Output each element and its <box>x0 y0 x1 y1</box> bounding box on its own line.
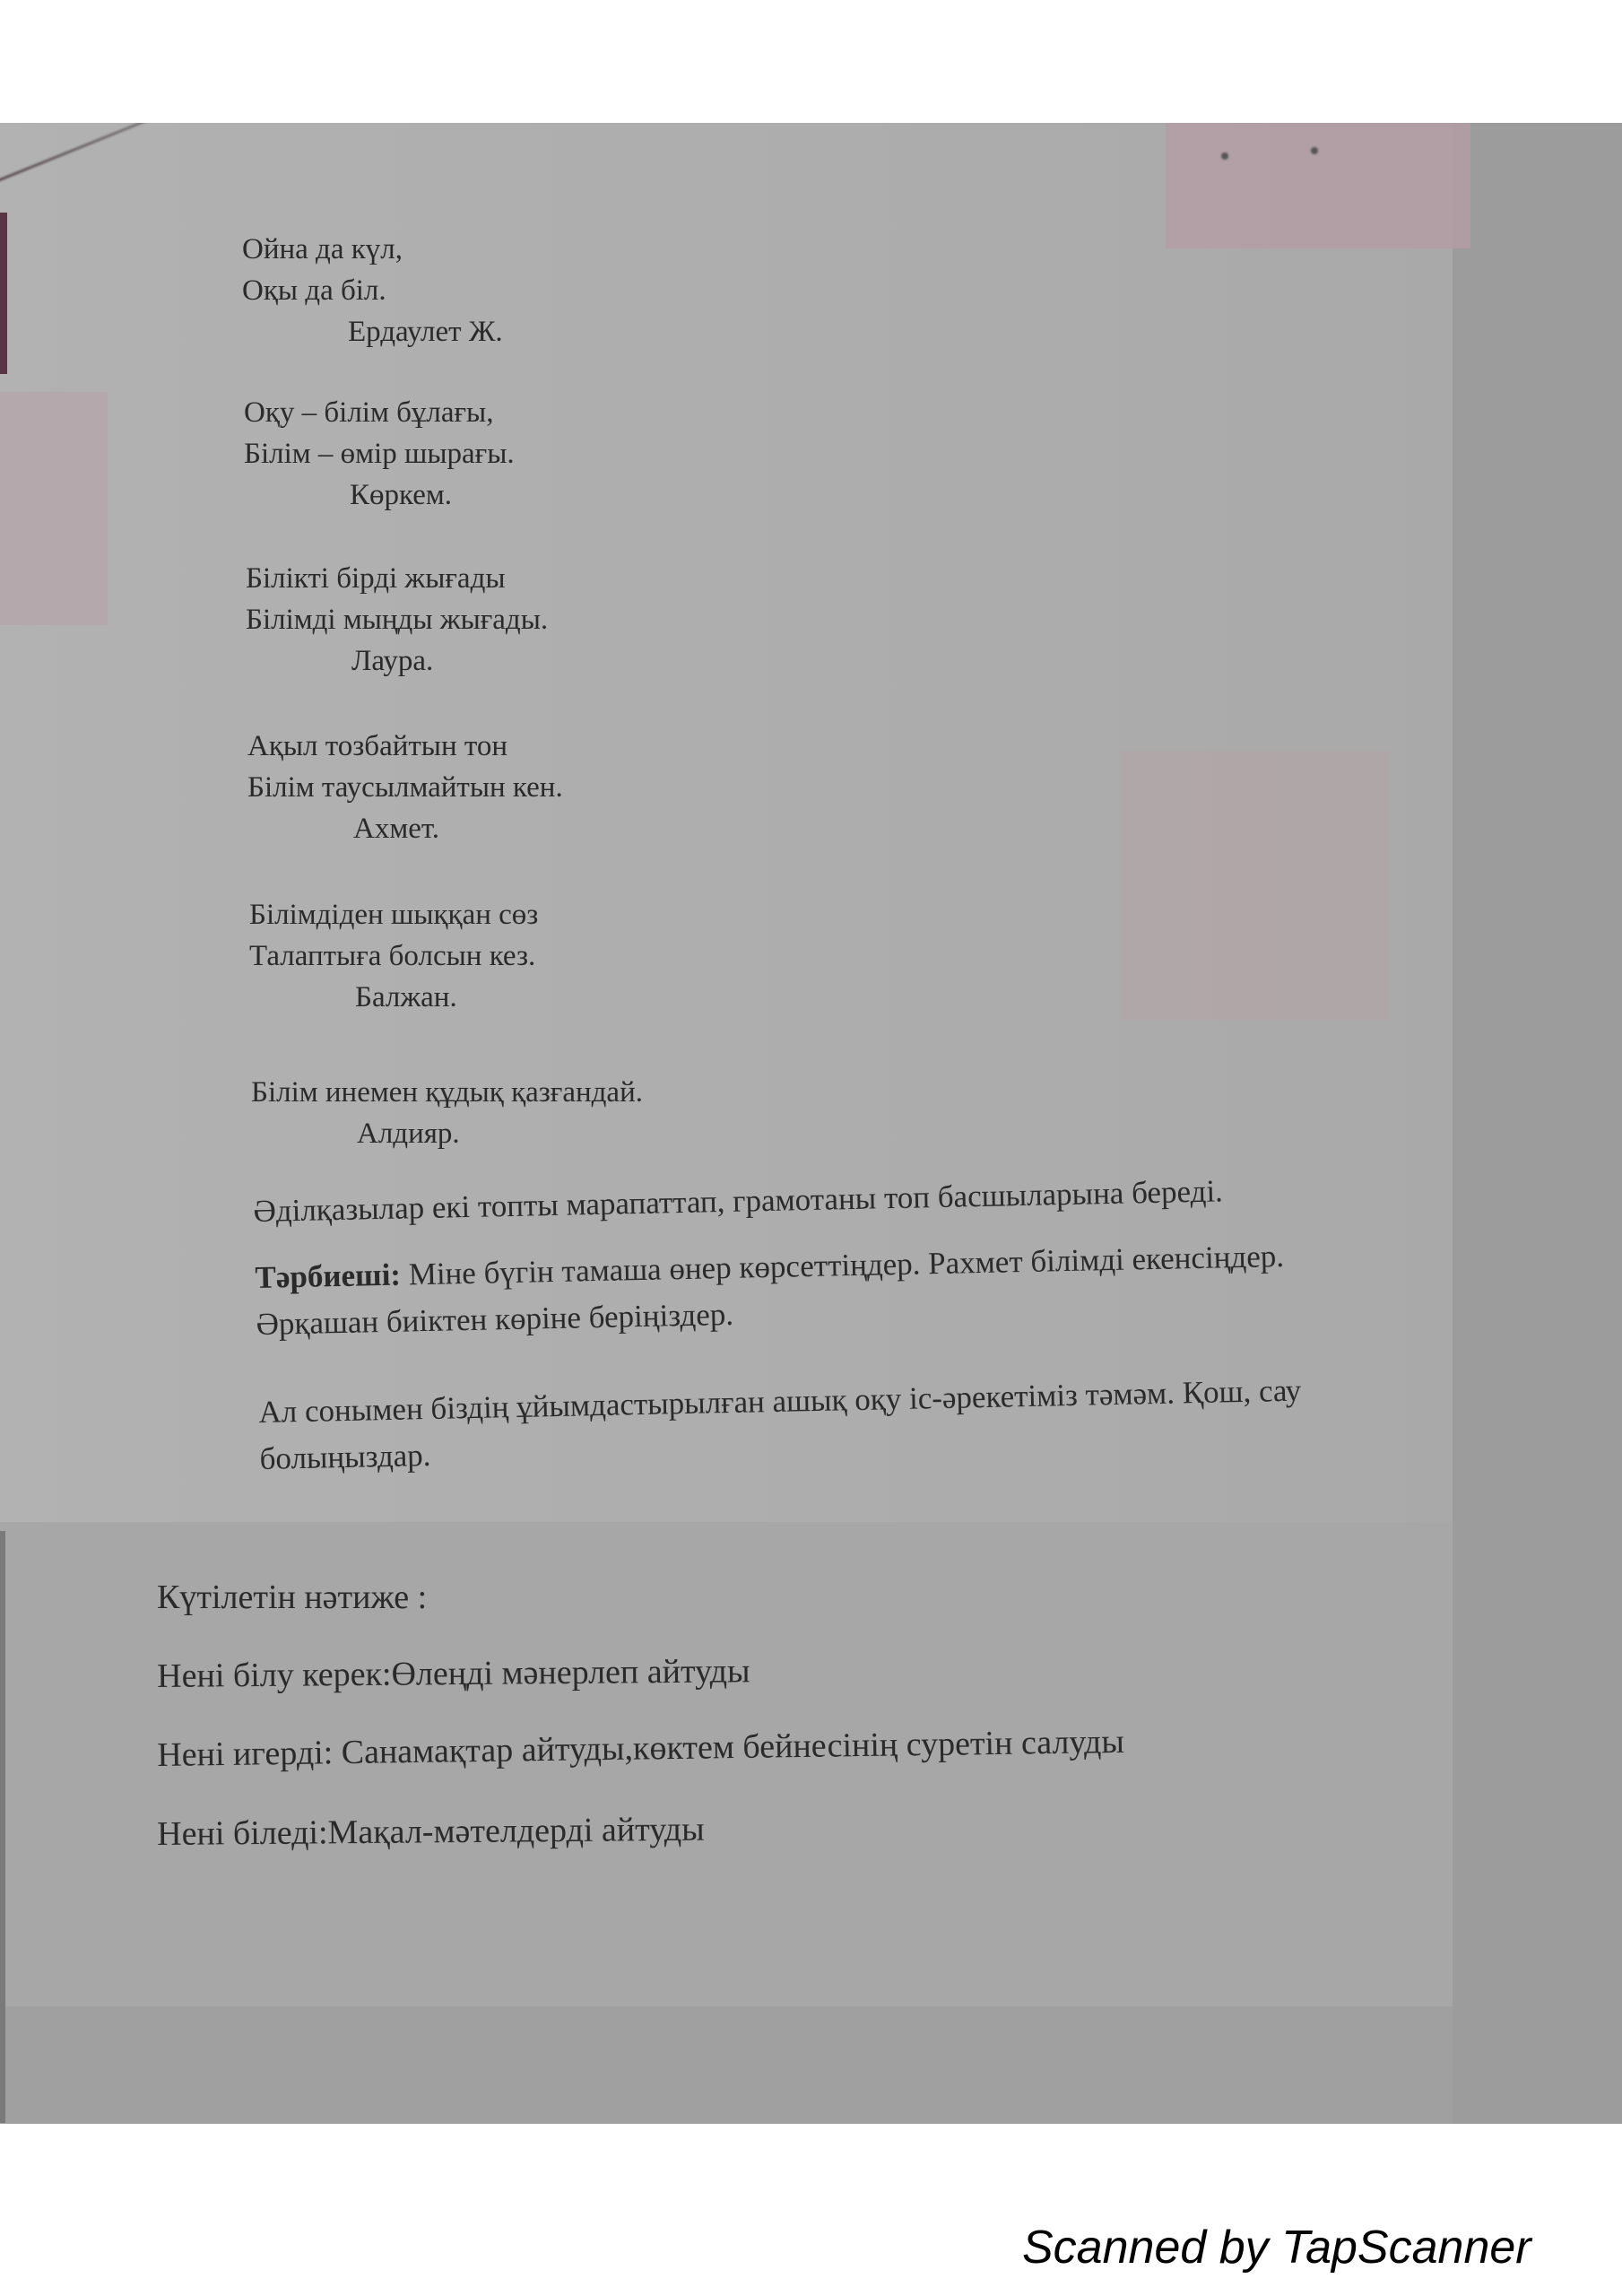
result-item: Нені игерді: Санамақтар айтуды,көктем бе… <box>157 1722 1124 1775</box>
page-edge <box>0 213 7 374</box>
paper-fold-line <box>0 123 215 188</box>
page-edge <box>0 1531 5 2123</box>
teacher-paragraph: Тәрбиеші: Міне бүгін тамаша өнер көрсетт… <box>255 1233 1286 1348</box>
poem-block: Ақыл тозбайтын тон Білім таусылмайтын ке… <box>247 726 563 849</box>
result-item: Нені білу керек:Өлеңді мәнерлеп айтуды <box>157 1651 750 1696</box>
scanned-page: Ойна да күл, Оқы да біл. Ердаулет Ж. Оқу… <box>0 123 1622 2124</box>
teacher-label: Тәрбиеші: <box>255 1257 401 1295</box>
poem-block: Білім инемен құдық қазғандай. Алдияр. <box>251 1072 643 1154</box>
tint <box>1166 123 1470 248</box>
tint <box>1121 751 1390 1020</box>
poem-line: Білімдіден шыққан сөз <box>249 894 538 935</box>
result-item: Нені біледі:Мақал-мәтелдерді айтуды <box>157 1810 705 1854</box>
poem-author: Ердаулет Ж. <box>242 311 503 352</box>
judges-text: Әділқазылар екі топты марапаттап, грамот… <box>253 1173 1223 1229</box>
poem-author: Ахмет. <box>247 808 563 849</box>
poem-line: Оқу – білім бұлағы, <box>244 392 515 433</box>
judges-paragraph: Әділқазылар екі топты марапаттап, грамот… <box>253 1168 1223 1235</box>
poem-line: Білікті бірді жығады <box>246 558 548 599</box>
poem-author: Балжан. <box>249 977 538 1018</box>
poem-block: Білімдіден шыққан сөз Талаптыға болсын к… <box>249 894 538 1018</box>
poem-line: Ойна да күл, <box>242 229 503 270</box>
poem-line: Талаптыға болсын кез. <box>249 935 538 977</box>
poem-line: Білім таусылмайтын кен. <box>247 767 563 808</box>
poem-line: Білім инемен құдық қазғандай. <box>251 1072 643 1113</box>
poem-line: Білімді мыңды жығады. <box>246 599 548 640</box>
speck <box>1311 147 1318 154</box>
closing-paragraph: Ал сонымен біздің ұйымдастырылған ашық о… <box>258 1368 1303 1483</box>
poem-author: Алдияр. <box>251 1113 643 1154</box>
tint <box>0 392 108 625</box>
poem-line: Ақыл тозбайтын тон <box>247 726 563 767</box>
poem-block: Білікті бірді жығады Білімді мыңды жығад… <box>246 558 548 682</box>
shading <box>1453 123 1622 2124</box>
shading <box>0 2006 1622 2124</box>
poem-line: Оқы да біл. <box>242 270 503 311</box>
results-heading: Күтілетін нәтиже : <box>157 1578 427 1617</box>
poem-author: Көркем. <box>244 474 515 516</box>
poem-line: Білім – өмір шырағы. <box>244 433 515 474</box>
speck <box>1221 152 1228 160</box>
scanner-watermark: Scanned by TapScanner <box>1022 2221 1531 2274</box>
poem-author: Лаура. <box>246 640 548 682</box>
poem-block: Оқу – білім бұлағы, Білім – өмір шырағы.… <box>244 392 515 516</box>
poem-block: Ойна да күл, Оқы да біл. Ердаулет Ж. <box>242 229 503 352</box>
